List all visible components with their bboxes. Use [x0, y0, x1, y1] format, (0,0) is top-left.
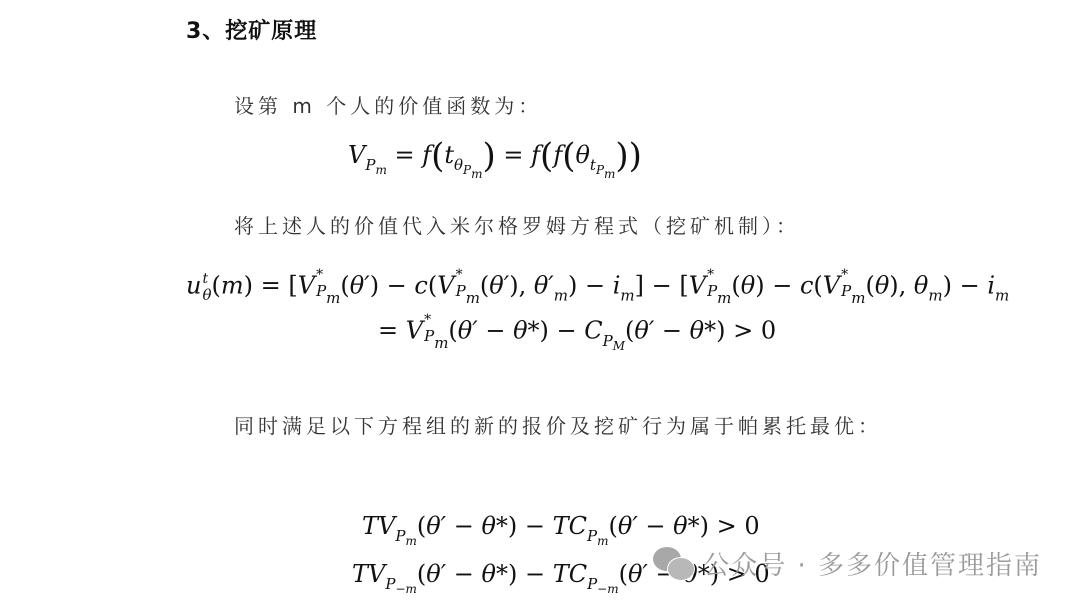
equation-milgrom-line1: utθ(m) = [V*Pm(θ′) − c(V*Pm(θ′), θ′m) − …: [186, 268, 1009, 306]
equation-value-function: VPm = f(tθPm) = f(f(θtPm)): [348, 136, 642, 181]
paragraph-value-function: 设第 m 个人的价值函数为：: [234, 90, 542, 119]
equation-pareto-line1: TVPm(θ′ − θ*) − TCPm(θ′ − θ*) > 0: [362, 512, 760, 548]
paragraph-milgrom-equation: 将上述人的价值代入米尔格罗姆方程式（挖矿机制）：: [234, 210, 800, 239]
wechat-icon: [653, 547, 695, 581]
equation-milgrom-line2: = V*Pm(θ′ − θ*) − CPM(θ′ − θ*) > 0: [378, 313, 776, 353]
paragraph-pareto-optimal: 同时满足以下方程组的新的报价及挖矿行为属于帕累托最优：: [234, 410, 882, 439]
section-heading: 3、挖矿原理: [186, 14, 317, 45]
watermark: 公众号 · 多多价值管理指南: [653, 545, 1042, 582]
watermark-text: 公众号 · 多多价值管理指南: [703, 545, 1042, 582]
